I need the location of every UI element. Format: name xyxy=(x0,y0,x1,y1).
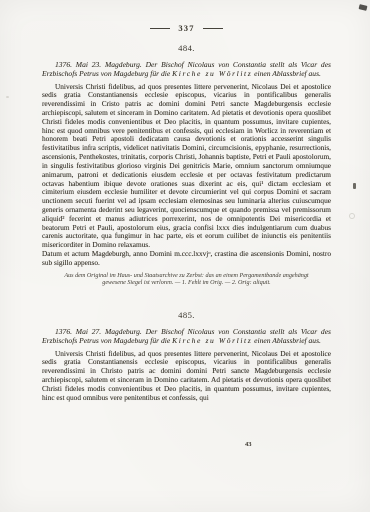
print-area: 337 484. 1376. Mai 23. Magdeburg. Der Bi… xyxy=(42,24,331,403)
scan-artifact-speck xyxy=(349,213,355,219)
entry-484-heading: 1376. Mai 23. Magdeburg. Der Bischof Nic… xyxy=(42,60,331,79)
entry-485: 485. 1376. Mai 27. Magdeburg. Der Bischo… xyxy=(42,311,331,402)
entry-number-485: 485. xyxy=(42,311,331,320)
entry-484-body-text: Universis Christi fidelibus, ad quos pre… xyxy=(42,83,331,250)
sheet-signature-mark: 43 xyxy=(245,441,252,448)
page-header: 337 xyxy=(42,24,331,33)
entry-485-heading: 1376. Mai 27. Magdeburg. Der Bischof Nic… xyxy=(42,327,331,346)
heading-text-post: einen Ablassbrief aus. xyxy=(252,336,321,345)
heading-emphasis: Kirche zu Wörlitz xyxy=(172,336,252,345)
page-number-rule-left xyxy=(150,28,170,29)
entry-484-source-note: Aus dem Original im Haus- und Staatsarch… xyxy=(56,273,318,288)
entry-484-datum-line: Datum et actum Magdeburgh, anno Domini m… xyxy=(42,250,331,268)
scanned-book-page: 337 484. 1376. Mai 23. Magdeburg. Der Bi… xyxy=(0,0,370,512)
page-number: 337 xyxy=(178,24,194,33)
heading-emphasis: Kirche zu Wörlitz xyxy=(172,69,252,78)
scan-artifact-speck xyxy=(6,96,9,98)
scan-artifact-speck xyxy=(359,4,368,11)
page-number-rule-right xyxy=(203,28,223,29)
scan-artifact-speck xyxy=(353,183,356,189)
heading-text-post: einen Ablassbrief aus. xyxy=(252,69,321,78)
entry-number-484: 484. xyxy=(42,44,331,53)
entry-485-body-text: Universis Christi fidelibus, ad quos pre… xyxy=(42,350,331,403)
entry-484: 484. 1376. Mai 23. Magdeburg. Der Bischo… xyxy=(42,44,331,288)
